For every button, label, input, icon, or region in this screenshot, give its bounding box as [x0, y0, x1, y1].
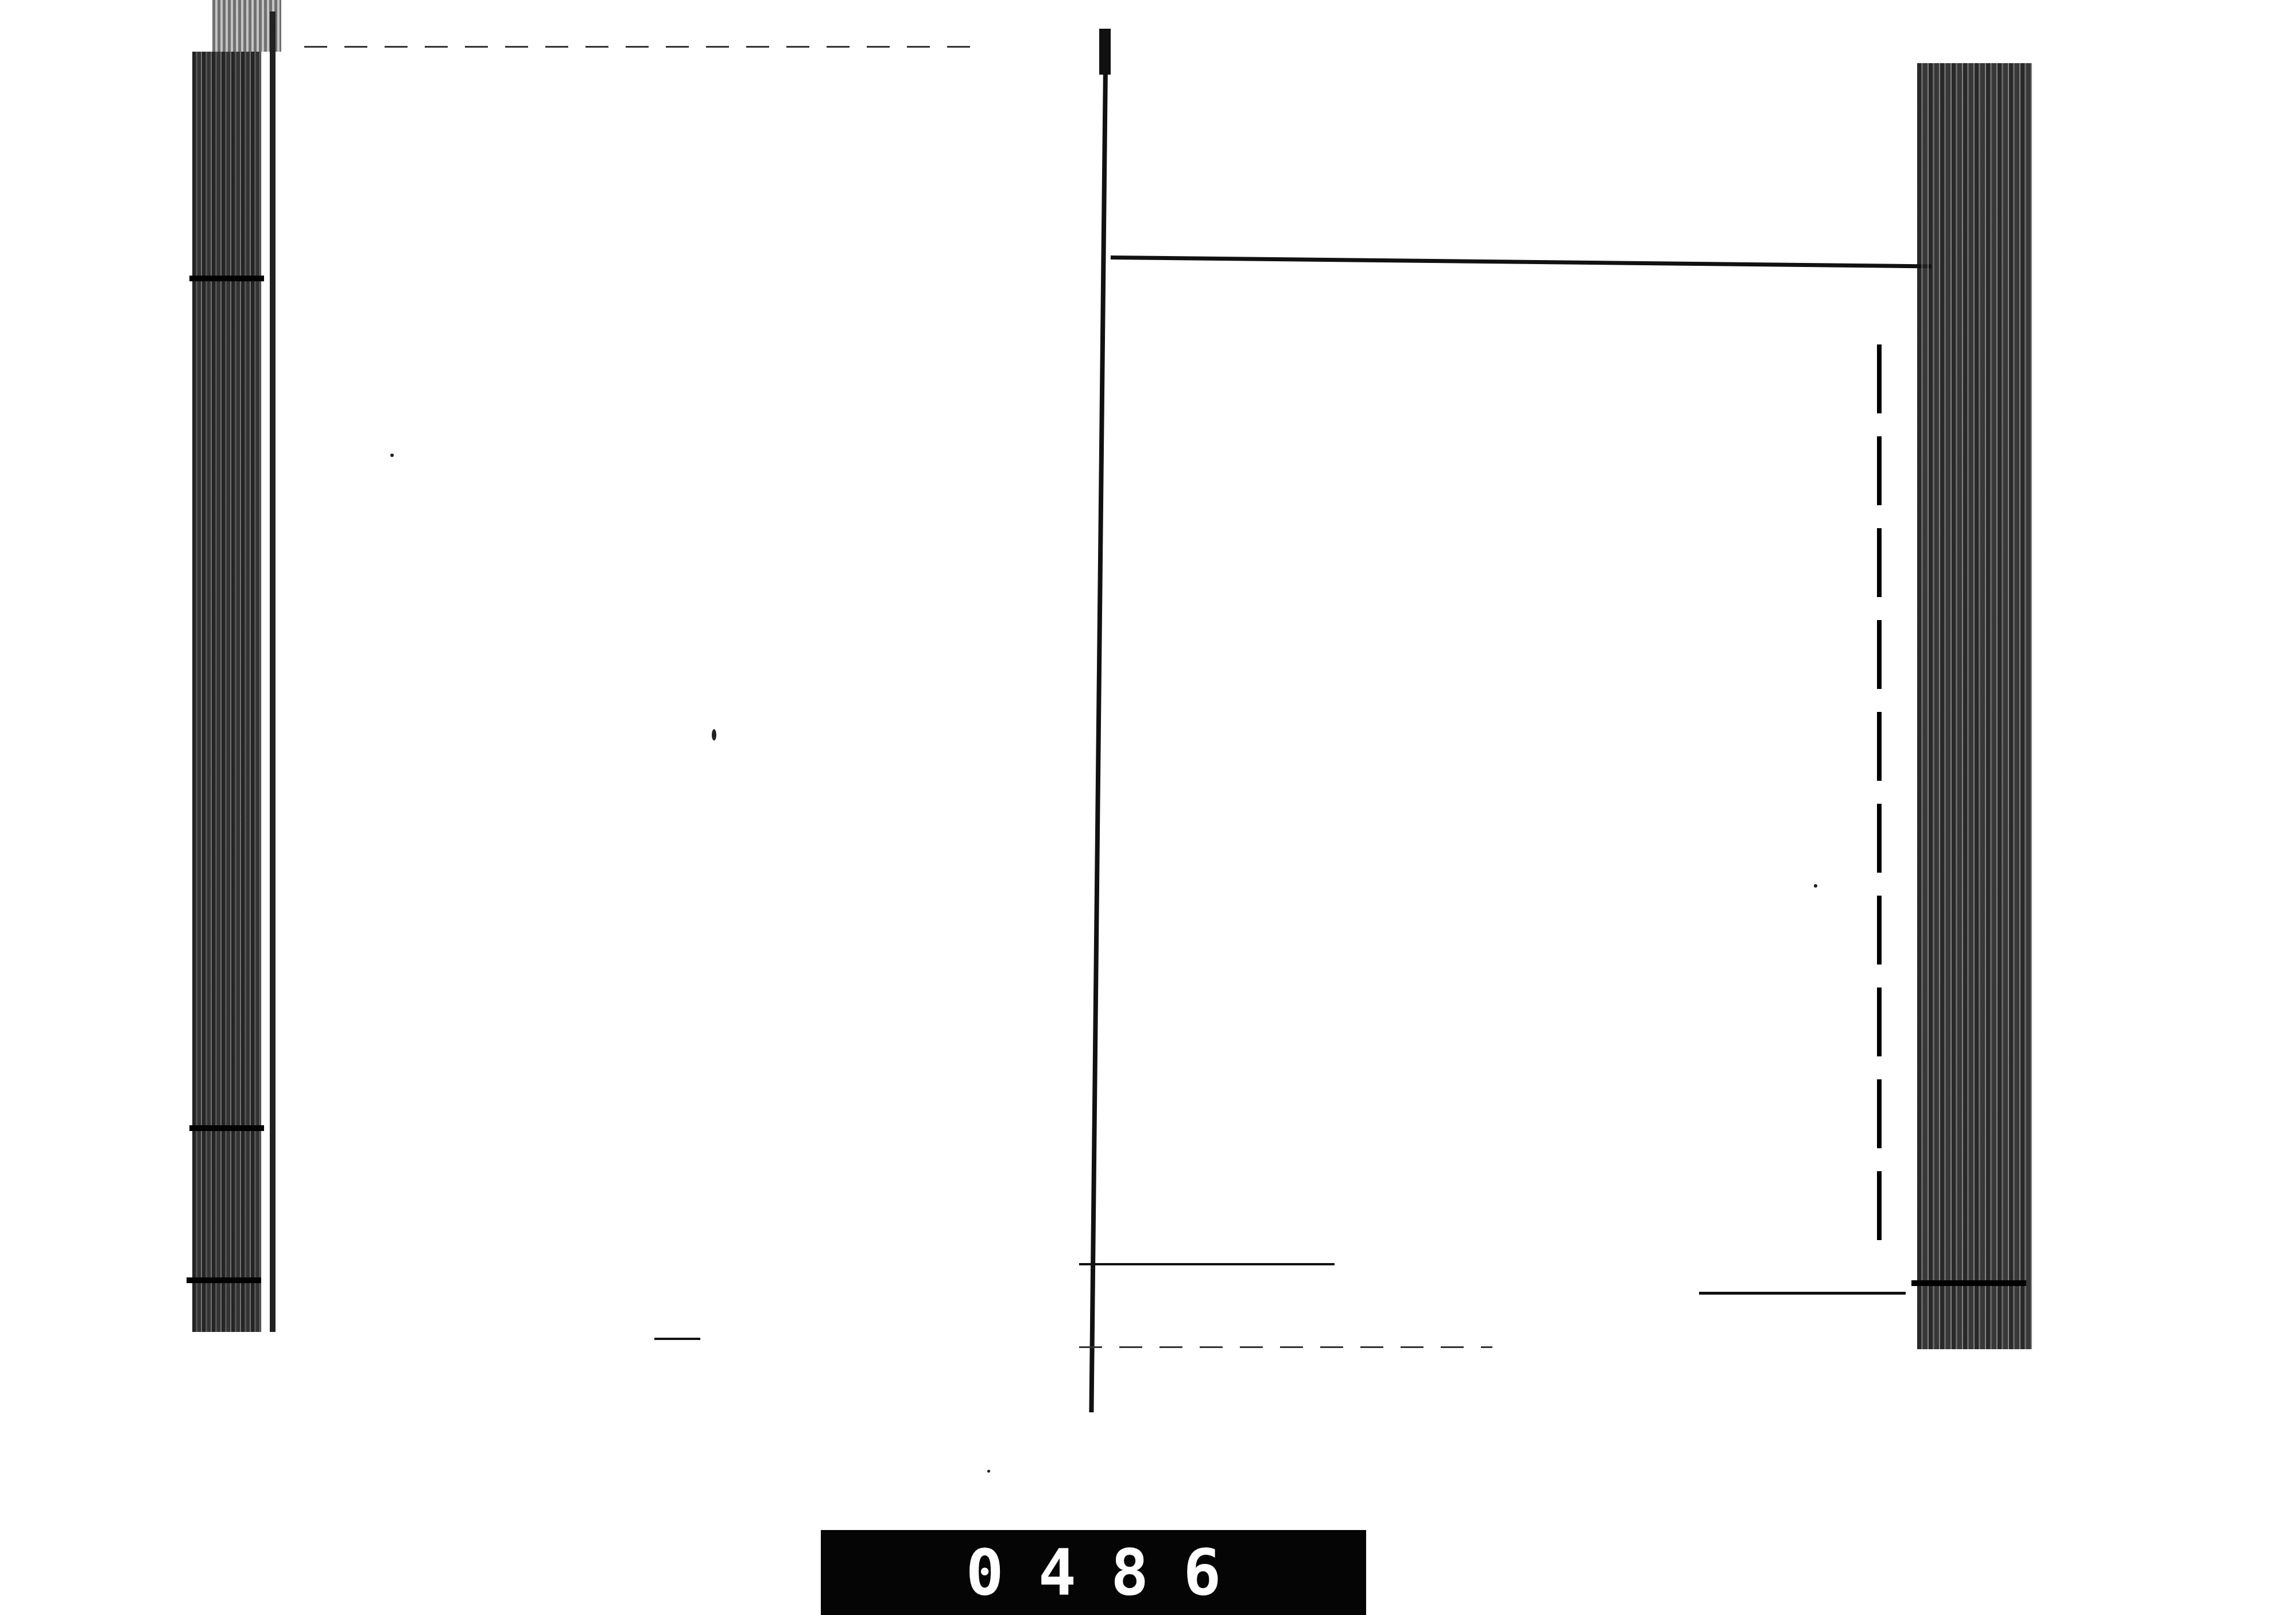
top-edge-line [304, 46, 987, 48]
right-frame-edge [1877, 344, 1882, 1263]
binding-tie [189, 1125, 264, 1131]
left-binding-spine [192, 52, 261, 1332]
left-spine-edge [270, 11, 276, 1332]
binding-tie [189, 276, 264, 281]
scanned-document: 0486 [0, 0, 2296, 1615]
speck [390, 454, 394, 457]
bottom-mark [654, 1338, 700, 1340]
frame-bottom-line-left [1079, 1263, 1335, 1265]
speck [987, 1470, 990, 1473]
frame-top-line [1111, 255, 1932, 268]
bottom-edge-line [1079, 1346, 1492, 1348]
binding-tie [187, 1277, 261, 1283]
frame-bottom-line-right [1699, 1292, 1906, 1295]
fold-top-mark [1099, 29, 1111, 75]
speck [1814, 884, 1817, 888]
speck [712, 729, 716, 741]
right-binding-spine [1917, 63, 2032, 1349]
center-fold-line [1089, 34, 1108, 1412]
archive-number: 0486 [821, 1530, 1366, 1615]
binding-tie [1911, 1280, 2026, 1286]
archive-number-label: 0486 [821, 1530, 1366, 1615]
